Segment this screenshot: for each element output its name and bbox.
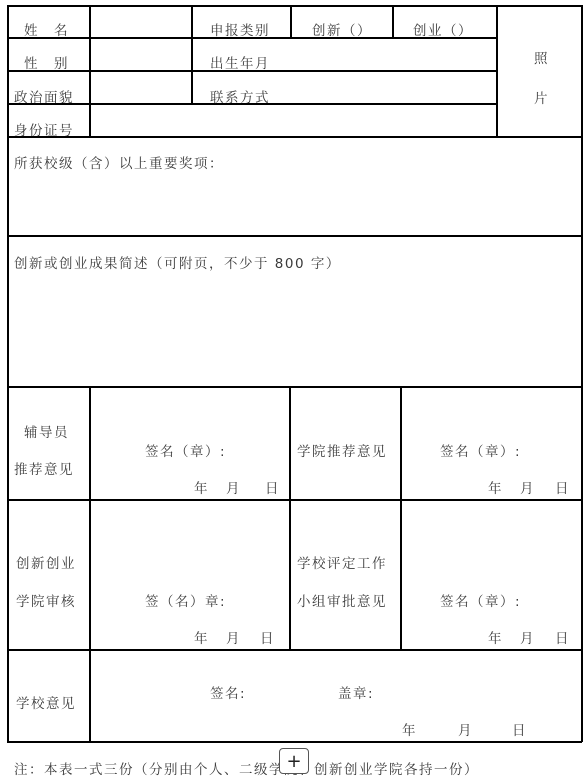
college-recommend-month: 月	[520, 477, 535, 497]
photo-label-2: 片	[534, 87, 549, 107]
row-divider-8	[7, 649, 582, 651]
school-opinion-label: 学校意见	[16, 692, 76, 712]
innovation-college-label-2: 学院审核	[16, 590, 76, 610]
counselor-sign: 签名（章）:	[145, 440, 226, 460]
school-opinion-sign: 签名:	[210, 682, 246, 702]
awards-label: 所获校级（含）以上重要奖项：	[14, 152, 224, 172]
border-bottom	[7, 741, 582, 743]
political-status-label: 政治面貌	[14, 86, 74, 106]
innovation-college-label-1: 创新创业	[16, 552, 76, 572]
summary-label: 创新或创业成果简述（可附页，不少于 800 字）	[14, 252, 341, 272]
id-number-label: 身份证号	[14, 119, 74, 139]
border-right	[581, 5, 583, 742]
counselor-label-2: 推荐意见	[14, 458, 74, 478]
awards-field[interactable]	[9, 175, 579, 233]
col-divider-category	[290, 5, 292, 38]
birth-label: 出生年月	[210, 52, 270, 72]
college-recommend-year: 年	[488, 477, 503, 497]
summary-field[interactable]	[9, 275, 579, 383]
plus-icon: +	[286, 751, 301, 772]
gender-field[interactable]	[91, 39, 190, 69]
contact-label: 联系方式	[210, 86, 270, 106]
birth-field[interactable]	[293, 39, 495, 69]
innovation-college-sign: 签（名）章:	[145, 590, 226, 610]
category-label: 申报类别	[210, 19, 270, 39]
col-divider-mid	[191, 5, 193, 104]
entrepreneurship-option[interactable]: 创业（）	[413, 19, 473, 39]
school-committee-sign: 签名（章）:	[440, 590, 521, 610]
photo-box[interactable]	[498, 7, 580, 135]
college-recommend-day: 日	[555, 477, 570, 497]
col-divider-sig-label	[89, 386, 91, 742]
counselor-label-1: 辅导员	[24, 421, 69, 441]
id-number-field[interactable]	[91, 105, 495, 135]
photo-label-1: 照	[534, 47, 549, 67]
footnote: 注：本表一式三份（分别由个人、二级学院、创新创业学院各持一份）	[14, 758, 479, 777]
school-committee-year: 年	[488, 627, 503, 647]
innovation-college-year: 年	[194, 627, 209, 647]
counselor-day: 日	[265, 477, 280, 497]
counselor-year: 年	[194, 477, 209, 497]
innovation-college-day: 日	[260, 627, 275, 647]
name-field[interactable]	[91, 7, 190, 37]
school-opinion-seal: 盖章:	[338, 682, 374, 702]
college-recommend-label: 学院推荐意见	[297, 440, 387, 460]
innovation-college-month: 月	[226, 627, 241, 647]
gender-label: 性 别	[24, 52, 69, 72]
school-opinion-year: 年	[402, 719, 417, 739]
school-committee-label-1: 学校评定工作	[297, 552, 387, 572]
col-divider-option	[392, 5, 394, 38]
add-button[interactable]: +	[279, 748, 309, 774]
row-divider-7	[7, 499, 582, 501]
school-committee-day: 日	[555, 627, 570, 647]
row-divider-5	[7, 235, 582, 237]
school-opinion-month: 月	[458, 719, 473, 739]
col-divider-sig-right	[400, 386, 402, 650]
school-committee-month: 月	[520, 627, 535, 647]
col-divider-sig-mid	[289, 386, 291, 650]
innovation-option[interactable]: 创新（）	[312, 19, 372, 39]
school-committee-label-2: 小组审批意见	[297, 590, 387, 610]
name-label: 姓 名	[24, 19, 69, 39]
counselor-month: 月	[226, 477, 241, 497]
contact-field[interactable]	[293, 72, 495, 102]
political-status-field[interactable]	[91, 72, 190, 102]
school-opinion-day: 日	[512, 719, 527, 739]
row-divider-6	[7, 386, 582, 388]
college-recommend-sign: 签名（章）:	[440, 440, 521, 460]
